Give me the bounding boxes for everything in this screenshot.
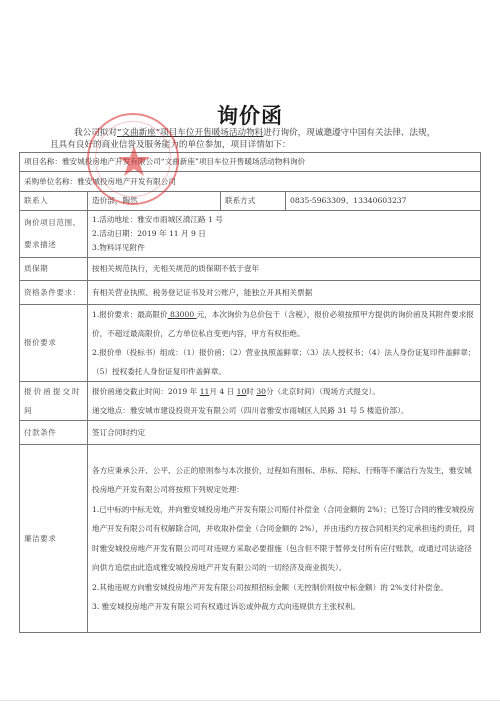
qualification-value: 有相关营业执照、税务登记证书及对公账户，能独立开具相关票据 <box>88 281 481 305</box>
scope-label-line-1: 询价项目范围、 <box>24 212 83 234</box>
purchaser-cell: 采购单位名称：雅安城投房地产开发有限公司 <box>20 172 481 192</box>
quote-label: 报价要求 <box>20 305 88 382</box>
submission-place: 递交地点：雅安城市建设投资开发有限公司（四川省雅安市雨城区人民路 31 号 5 … <box>92 401 476 420</box>
contact-value: 造价部，陶然 <box>88 192 221 211</box>
row-warranty: 质保期 按相关规范执行，无相关规范的质保期不低于壹年 <box>20 258 481 281</box>
integrity-intro: 各方应秉承公开、公平、公正的原则参与本次报价，过程如有围标、串标、陪标、行贿等不… <box>92 461 476 500</box>
payment-value: 签订合同时约定 <box>88 421 481 445</box>
integrity-label: 廉洁要求 <box>20 445 88 633</box>
quote-requirement-2: 2.报价单（投标书）组成：（1）报价函；（2）营业执照盖鲜章；（3）法人授权书；… <box>92 343 476 381</box>
warranty-value: 按相关规范执行，无相关规范的质保期不低于壹年 <box>88 258 481 281</box>
row-submission: 报价函提交时 间 报价函递交截止时间：2019 年 11月 4 日 10时 30… <box>20 382 481 421</box>
integrity-value: 各方应秉承公开、公平、公正的原则参与本次报价，过程如有围标、串标、陪标、行贿等不… <box>88 445 481 633</box>
scope-label: 询价项目范围、 要求描述 <box>20 211 88 258</box>
row-quote-requirements: 报价要求 1.报价要求：最高限价 83000 元，本次询价为总价包干（含税），报… <box>20 305 481 382</box>
row-contact: 联系人 造价部，陶然 联系方式 0835-5963309、13340603237 <box>20 192 481 211</box>
intro-line-1: 我公司拟对“文曲新座”项目车位开售暖场活动物料进行询价，现诚邀遵守中国有关法律、… <box>52 127 482 139</box>
page-bottom-edge <box>0 700 500 701</box>
integrity-clause-3: 3. 雅安城投房地产开发有限公司有权通过诉讼或仲裁方式向违规供方主张权利。 <box>92 597 476 617</box>
submission-deadline: 报价函递交截止时间：2019 年 11月 4 日 10时 30分（北京时间）（现… <box>92 382 476 401</box>
row-project-name: 项目名称：雅安城投房地产开发有限公司“文曲新座”项目车位开售暖场活动物料询价 <box>20 153 481 172</box>
deadline-hour: 10 <box>237 387 247 396</box>
document-title: 询价函 <box>0 100 500 130</box>
quote-requirement-1: 1.报价要求：最高限价 83000 元，本次询价为总价包干（含税），报价必须按照… <box>92 305 476 343</box>
intro-paragraph: 我公司拟对“文曲新座”项目车位开售暖场活动物料进行询价，现诚邀遵守中国有关法律、… <box>52 127 482 151</box>
intro-project-underlined: “文曲新座”项目车位开售暖场活动物料 <box>117 128 263 138</box>
submission-label: 报价函提交时 间 <box>20 382 88 421</box>
qualification-label: 资格条件要求： <box>20 281 88 305</box>
deadline-day: 月 4 <box>209 387 224 396</box>
row-integrity: 廉洁要求 各方应秉承公开、公平、公正的原则参与本次报价，过程如有围标、串标、陪标… <box>20 445 481 633</box>
submission-value: 报价函递交截止时间：2019 年 11月 4 日 10时 30分（北京时间）（现… <box>88 382 481 421</box>
intro-suffix: 进行询价，现诚邀遵守中国有关法律、法规， <box>263 128 435 138</box>
deadline-hour-sep: 时 <box>246 387 256 396</box>
deadline-suffix: 分（北京时间）（现场方式提交）。 <box>266 387 380 396</box>
inquiry-table: 项目名称：雅安城投房地产开发有限公司“文曲新座”项目车位开售暖场活动物料询价 采… <box>19 152 481 633</box>
contact-method-label: 联系方式 <box>221 192 286 211</box>
row-scope: 询价项目范围、 要求描述 1.活动地址：雅安市雨城区濆江路 1 号 2.活动日期… <box>20 211 481 258</box>
scope-item: 2.活动日期：2019 年 11 月 9 日 <box>92 227 476 241</box>
scope-label-line-2: 要求描述 <box>24 234 83 256</box>
quote-value: 1.报价要求：最高限价 83000 元，本次询价为总价包干（含税），报价必须按照… <box>88 305 481 382</box>
intro-prefix: 我公司拟对 <box>74 128 117 138</box>
integrity-clause-2: 2.其他违规方向雅安城投房地产开发有限公司按照招标金额（无控制价则按中标金额）的… <box>92 578 476 598</box>
deadline-month: 11 <box>200 387 210 396</box>
integrity-clause-1: 1.已中标的中标无效，并向雅安城投房地产开发有限公司赔付补偿金（合同金额的 2%… <box>92 500 476 578</box>
warranty-label: 质保期 <box>20 258 88 281</box>
deadline-day-sep: 日 <box>224 387 236 396</box>
contact-method-value: 0835-5963309、13340603237 <box>286 192 481 211</box>
project-name-cell: 项目名称：雅安城投房地产开发有限公司“文曲新座”项目车位开售暖场活动物料询价 <box>20 153 481 172</box>
row-payment: 付款条件 签订合同时约定 <box>20 421 481 445</box>
contact-label: 联系人 <box>20 192 88 211</box>
scope-item: 3.物料详见附件 <box>92 241 476 255</box>
payment-label: 付款条件 <box>20 421 88 445</box>
row-qualification: 资格条件要求： 有相关营业执照、税务登记证书及对公账户，能独立开具相关票据 <box>20 281 481 305</box>
deadline-prefix: 报价函递交截止时间：2019 年 <box>92 387 200 396</box>
submission-label-line-2: 间 <box>24 401 83 420</box>
row-purchaser: 采购单位名称：雅安城投房地产开发有限公司 <box>20 172 481 192</box>
deadline-minute: 30 <box>256 387 266 396</box>
scope-item: 1.活动地址：雅安市雨城区濆江路 1 号 <box>92 213 476 227</box>
intro-line-2: 且具有良好的商业信誉及服务能力的单位参加，项目详情如下： <box>50 139 482 151</box>
submission-label-line-1: 报价函提交时 <box>24 382 83 401</box>
scope-value: 1.活动地址：雅安市雨城区濆江路 1 号 2.活动日期：2019 年 11 月 … <box>88 211 481 258</box>
quote-1-prefix: 1.报价要求：最高限价 <box>92 310 168 319</box>
quote-max-price: 83000 <box>168 310 197 319</box>
inquiry-letter-page: 询价函 我公司拟对“文曲新座”项目车位开售暖场活动物料进行询价，现诚邀遵守中国有… <box>0 0 500 707</box>
